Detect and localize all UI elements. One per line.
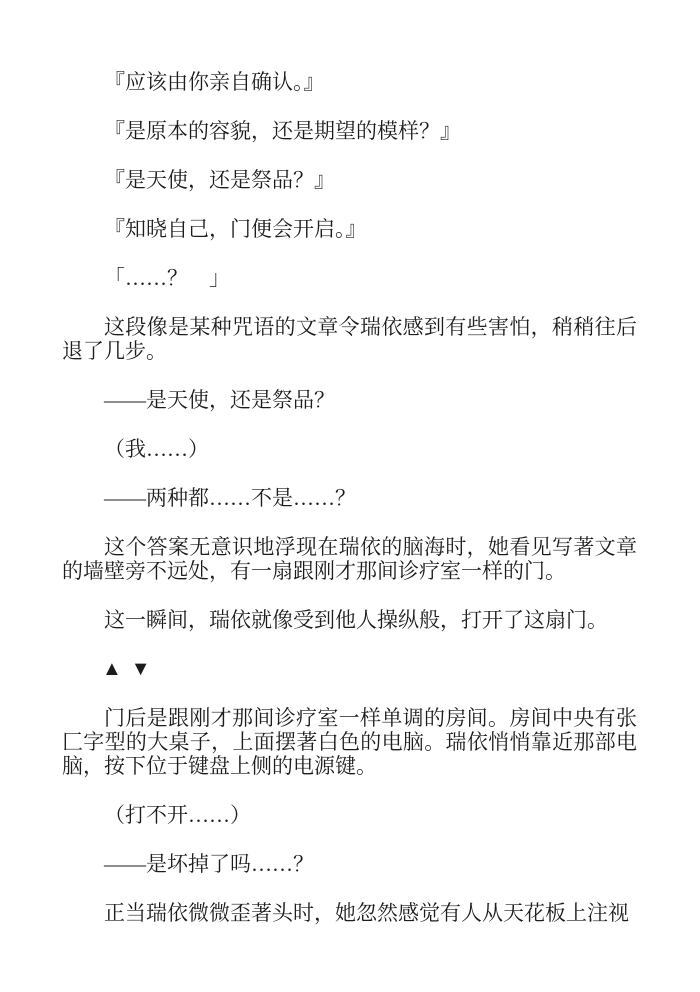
paragraph-speech: 「……？ 」 bbox=[62, 266, 637, 290]
paragraph-thought-dash: ——是天使，还是祭品？ bbox=[62, 388, 637, 412]
paragraph-incantation-quote: 『是天使，还是祭品？』 bbox=[62, 168, 637, 192]
paragraph-incantation-quote: 『知晓自己，门便会开启。』 bbox=[62, 217, 637, 241]
paragraph-incantation-quote: 『应该由你亲自确认。』 bbox=[62, 70, 637, 94]
page-text-content: 『应该由你亲自确认。』『是原本的容貌，还是期望的模样？』『是天使，还是祭品？』『… bbox=[0, 0, 700, 992]
paragraph-thought-paren: （打不开……） bbox=[62, 803, 637, 827]
paragraph-narration: 这一瞬间，瑞依就像受到他人操纵般，打开了这扇门。 bbox=[62, 608, 637, 632]
book-page: 『应该由你亲自确认。』『是原本的容貌，还是期望的模样？』『是天使，还是祭品？』『… bbox=[0, 0, 700, 992]
paragraph-thought-paren: （我……） bbox=[62, 437, 637, 461]
paragraph-thought-dash: ——两种都……不是……？ bbox=[62, 486, 637, 510]
paragraph-narration: 这个答案无意识地浮现在瑞依的脑海时，她看见写著文章的墙壁旁不远处，有一扇跟刚才那… bbox=[62, 535, 637, 583]
paragraph-thought-dash: ——是坏掉了吗……？ bbox=[62, 852, 637, 876]
scene-divider-marker: ▲ ▼ bbox=[62, 657, 637, 681]
paragraph-narration: 门后是跟刚才那间诊疗室一样单调的房间。房间中央有张匚字型的大桌子，上面摆著白色的… bbox=[62, 706, 637, 778]
paragraph-narration: 正当瑞依微微歪著头时，她忽然感觉有人从天花板上注视 bbox=[62, 901, 637, 925]
paragraph-narration: 这段像是某种咒语的文章令瑞依感到有些害怕，稍稍往后退了几步。 bbox=[62, 315, 637, 363]
paragraph-incantation-quote: 『是原本的容貌，还是期望的模样？』 bbox=[62, 119, 637, 143]
